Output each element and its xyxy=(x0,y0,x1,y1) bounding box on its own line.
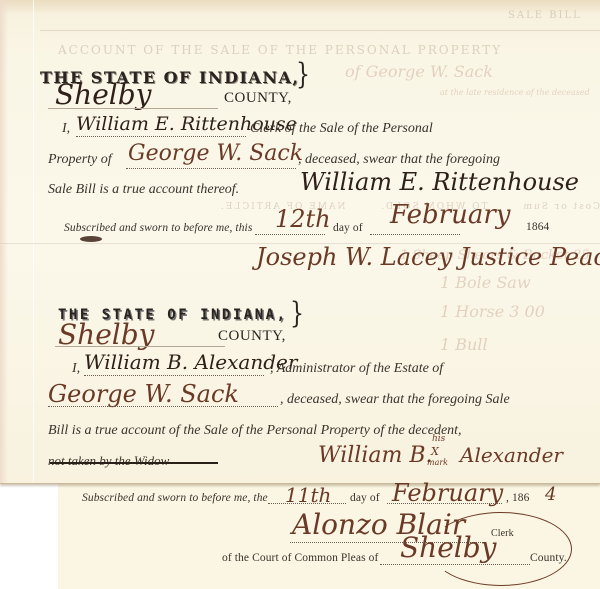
ink-smudge xyxy=(80,236,102,242)
brace-1: } xyxy=(296,59,310,92)
county-underline-1 xyxy=(48,108,218,109)
line1-suffix-2: , Administrator of the Estate of xyxy=(270,361,443,377)
clerk-name-line xyxy=(76,136,246,137)
line1-prefix-2: I, xyxy=(72,361,80,377)
ghost-entry-4: 1 Bull xyxy=(440,335,488,354)
ghost-heading: ACCOUNT OF THE SALE OF THE PERSONAL PROP… xyxy=(58,43,502,57)
upper-sheet: SALE BILL ACCOUNT OF THE SALE OF THE PER… xyxy=(0,0,600,484)
deceased-name-1: George W. Sack xyxy=(128,141,303,166)
month-line-1 xyxy=(370,234,460,235)
sworn-day-1: 12th xyxy=(275,205,331,233)
signature-1: William E. Rittenhouse xyxy=(300,168,579,196)
brace-2: } xyxy=(290,298,304,331)
lower-sheet xyxy=(58,470,600,589)
deceased-line-1 xyxy=(126,168,296,169)
sworn-year-1: 1864 xyxy=(526,221,549,233)
deceased-line-2 xyxy=(48,406,278,407)
line2-prefix: Property of xyxy=(48,152,112,168)
official-signature: Joseph W. Lacey Justice Peace xyxy=(256,243,600,271)
ghost-entry-2: 1 Bole Saw xyxy=(440,273,531,292)
county-label-1: COUNTY, xyxy=(224,90,292,107)
ghost-entry-3: 1 Horse 3 00 xyxy=(440,302,545,321)
line2-suffix-2: , deceased, swear that the foregoing Sal… xyxy=(280,392,510,408)
line1-suffix: Clerk of the Sale of the Personal xyxy=(250,121,433,137)
mark-his: his xyxy=(432,434,445,444)
admin-name: William B. Alexander xyxy=(84,350,297,374)
signature-2-first: William B. xyxy=(318,443,433,468)
mark-x: X xyxy=(431,445,439,458)
line3-2: Bill is a true account of the Sale of th… xyxy=(48,423,462,439)
admin-name-line xyxy=(84,375,264,376)
ghost-subline: at the late residence of the deceased xyxy=(440,88,590,97)
left-edge-stain xyxy=(0,0,8,483)
sworn-month-1: February xyxy=(390,200,510,230)
deceased-name-2: George W. Sack xyxy=(48,380,239,408)
ghost-sale-bill: SALE BILL xyxy=(508,10,582,21)
signature-2-last: Alexander xyxy=(460,443,563,467)
county-handwritten-1: Shelby xyxy=(55,78,151,111)
day-line-1 xyxy=(255,234,325,235)
strike-through xyxy=(50,462,218,464)
paper-crease-vertical xyxy=(33,0,34,483)
line2-suffix: , deceased, swear that the foregoing xyxy=(298,152,500,168)
line1-prefix: I, xyxy=(62,121,70,137)
line3: Sale Bill is a true account thereof. xyxy=(48,182,239,198)
county-label-2: COUNTY, xyxy=(218,328,286,345)
sworn-prefix-1: Subscribed and sworn to before me, this xyxy=(64,222,252,234)
day-of-1: day of xyxy=(333,222,363,234)
ghost-rule xyxy=(40,30,600,31)
county-underline-2 xyxy=(55,346,225,347)
ghost-name: of George W. Sack xyxy=(345,62,493,81)
mark-label: mark xyxy=(427,458,448,467)
struck-text: not taken by the Widow xyxy=(48,453,169,469)
